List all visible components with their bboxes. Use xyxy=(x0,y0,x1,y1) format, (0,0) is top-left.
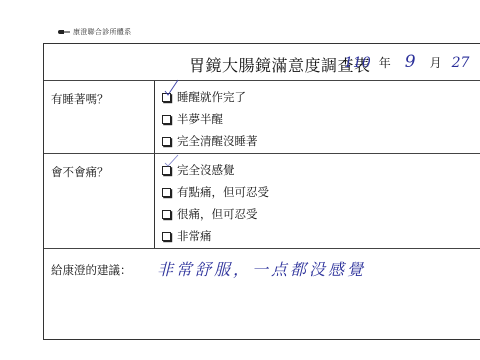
option-item[interactable]: 完全清醒沒睡著 xyxy=(162,132,258,150)
brand-logo-icon xyxy=(58,30,70,34)
option-item[interactable]: 非常痛 xyxy=(162,227,269,245)
options-list: 睡醒就作完了 半夢半醒 完全清醒沒睡著 xyxy=(162,88,258,150)
option-label: 非常痛 xyxy=(177,228,212,244)
question-label: 有睡著嗎？ xyxy=(51,91,109,107)
option-item[interactable]: 半夢半醒 xyxy=(162,110,258,128)
options-list: 完全沒感覺 有點痛，但可忍受 很痛，但可忍受 非常痛 xyxy=(162,161,269,245)
survey-form: 胃鏡大腸鏡滿意度調查表 110 年 9 月 27 有睡著嗎？ 睡醒就作完了 半夢… xyxy=(43,43,480,340)
column-divider xyxy=(154,81,155,153)
brand-name: 康澄聯合診所體系 xyxy=(73,27,131,37)
option-label: 半夢半醒 xyxy=(177,111,223,127)
date-year-label: 年 xyxy=(379,54,391,71)
option-item[interactable]: 很痛，但可忍受 xyxy=(162,205,269,223)
suggestion-label: 給康澄的建議： xyxy=(51,262,132,278)
column-divider xyxy=(154,154,155,248)
option-item[interactable]: 有點痛，但可忍受 xyxy=(162,183,269,201)
brand-header: 康澄聯合診所體系 xyxy=(58,27,131,37)
checkbox[interactable] xyxy=(162,232,171,241)
option-item[interactable]: 睡醒就作完了 xyxy=(162,88,258,106)
date-day-value: 27 xyxy=(452,55,470,71)
date-year-value: 110 xyxy=(344,55,371,71)
option-label: 完全沒感覺 xyxy=(177,162,235,178)
checkbox-checked[interactable] xyxy=(162,93,171,102)
date-month-label: 月 xyxy=(430,54,442,71)
question-row-pain: 會不會痛？ 完全沒感覺 有點痛，但可忍受 很痛，但可忍受 非常痛 xyxy=(44,154,480,249)
option-label: 睡醒就作完了 xyxy=(177,89,246,105)
checkbox[interactable] xyxy=(162,188,171,197)
suggestion-handwritten[interactable]: 非常舒服，一点都没感覺 xyxy=(157,257,366,280)
form-title-row: 胃鏡大腸鏡滿意度調查表 110 年 9 月 27 xyxy=(44,44,480,81)
option-label: 完全清醒沒睡著 xyxy=(177,133,258,149)
checkbox[interactable] xyxy=(162,115,171,124)
option-item[interactable]: 完全沒感覺 xyxy=(162,161,269,179)
question-label: 會不會痛？ xyxy=(51,164,109,180)
checkbox-checked[interactable] xyxy=(162,166,171,175)
question-row-sleep: 有睡著嗎？ 睡醒就作完了 半夢半醒 完全清醒沒睡著 xyxy=(44,81,480,154)
checkbox[interactable] xyxy=(162,137,171,146)
checkbox[interactable] xyxy=(162,210,171,219)
option-label: 有點痛，但可忍受 xyxy=(177,184,269,200)
form-date: 110 年 9 月 27 xyxy=(344,52,469,72)
date-month-value: 9 xyxy=(405,52,416,72)
option-label: 很痛，但可忍受 xyxy=(177,206,258,222)
